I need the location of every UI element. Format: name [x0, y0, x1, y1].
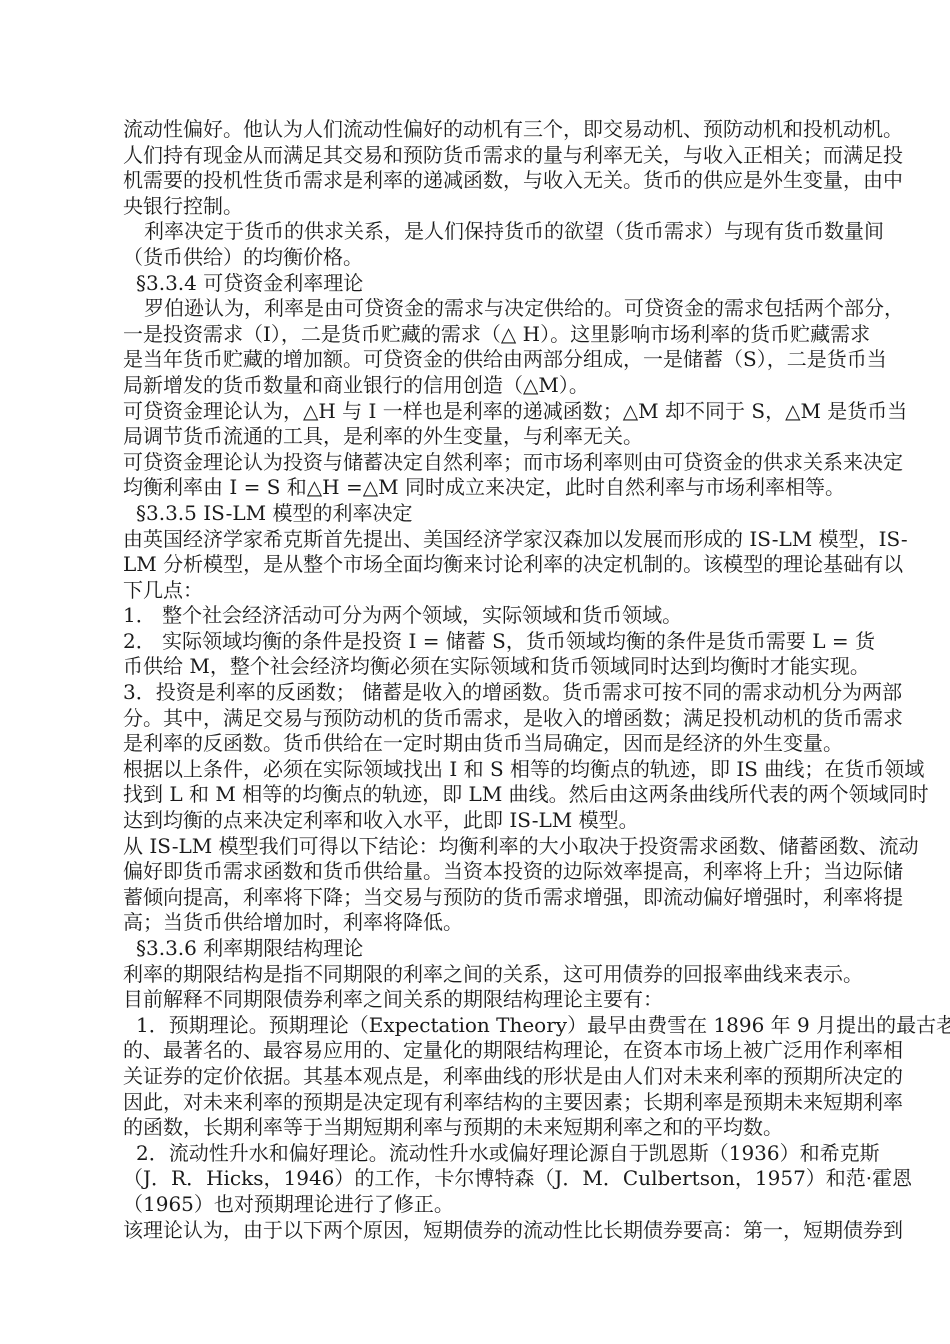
text-line: 央银行控制。	[123, 194, 847, 220]
text-line: （J．R．Hicks，1946）的工作，卡尔博特森（J．M．Culbertson…	[123, 1166, 847, 1192]
text-line: 下几点：	[123, 578, 847, 604]
text-line: 根据以上条件，必须在实际领域找出 I 和 S 相等的均衡点的轨迹，即 IS 曲线…	[123, 757, 847, 783]
text-line: 分。其中，满足交易与预防动机的货币需求，是收入的增函数；满足投机动机的货币需求	[123, 706, 847, 732]
text-line: 币供给 M，整个社会经济均衡必须在实际领域和货币领域同时达到均衡时才能实现。	[123, 654, 847, 680]
list-item-line: 2． 实际领域均衡的条件是投资 I = 储蓄 S，货币领域均衡的条件是货币需要 …	[123, 629, 847, 655]
text-line: 蓄倾向提高，利率将下降；当交易与预防的货币需求增强，即流动偏好增强时，利率将提	[123, 885, 847, 911]
text-line: 找到 L 和 M 相等的均衡点的轨迹，即 LM 曲线。然后由这两条曲线所代表的两…	[123, 782, 847, 808]
text-line: 目前解释不同期限债券利率之间关系的期限结构理论主要有：	[123, 987, 847, 1013]
text-line: 机需要的投机性货币需求是利率的递减函数，与收入无关。货币的供应是外生变量，由中	[123, 168, 847, 194]
text-line: 可贷资金理论认为投资与储蓄决定自然利率；而市场利率则由可贷资金的供求关系来决定	[123, 450, 847, 476]
text-line: 利率决定于货币的供求关系，是人们保持货币的欲望（货币需求）与现有货币数量间	[123, 219, 847, 245]
text-line: 高；当货币供给增加时，利率将降低。	[123, 910, 847, 936]
text-line: 均衡利率由 I = S 和△H =△M 同时成立来决定，此时自然利率与市场利率相…	[123, 475, 847, 501]
text-line: 的、最著名的、最容易应用的、定量化的期限结构理论，在资本市场上被广泛用作利率相	[123, 1038, 847, 1064]
text-line: 人们持有现金从而满足其交易和预防货币需求的量与利率无关，与收入正相关；而满足投	[123, 143, 847, 169]
text-line: （1965）也对预期理论进行了修正。	[123, 1192, 847, 1218]
list-item-line: 2．流动性升水和偏好理论。流动性升水或偏好理论源自于凯恩斯（1936）和希克斯	[123, 1141, 847, 1167]
text-line: 达到均衡的点来决定利率和收入水平，此即 IS-LM 模型。	[123, 808, 847, 834]
text-line: 局调节货币流通的工具，是利率的外生变量，与利率无关。	[123, 424, 847, 450]
text-line: 罗伯逊认为，利率是由可贷资金的需求与决定供给的。可贷资金的需求包括两个部分，	[123, 296, 847, 322]
list-item-line: 3．投资是利率的反函数； 储蓄是收入的增函数。货币需求可按不同的需求动机分为两部	[123, 680, 847, 706]
text-line: 一是投资需求（I），二是货币贮藏的需求（△ H）。这里影响市场利率的货币贮藏需求	[123, 322, 847, 348]
text-line: 可贷资金理论认为，△H 与 I 一样也是利率的递减函数；△M 却不同于 S，△M…	[123, 399, 847, 425]
text-line: 关证券的定价依据。其基本观点是，利率曲线的形状是由人们对未来利率的预期所决定的	[123, 1064, 847, 1090]
section-heading-3-3-5: §3.3.5 IS-LM 模型的利率决定	[123, 501, 847, 527]
document-page: 流动性偏好。他认为人们流动性偏好的动机有三个，即交易动机、预防动机和投机动机。 …	[123, 117, 847, 1243]
text-line: 偏好即货币需求函数和货币供给量。当资本投资的边际效率提高，利率将上升；当边际储	[123, 859, 847, 885]
text-line: 从 IS-LM 模型我们可得以下结论：均衡利率的大小取决于投资需求函数、储蓄函数…	[123, 834, 847, 860]
text-line: 流动性偏好。他认为人们流动性偏好的动机有三个，即交易动机、预防动机和投机动机。	[123, 117, 847, 143]
text-line: （货币供给）的均衡价格。	[123, 245, 847, 271]
text-line: 是当年货币贮藏的增加额。可贷资金的供给由两部分组成，一是储蓄（S），二是货币当	[123, 347, 847, 373]
text-line: 该理论认为，由于以下两个原因，短期债券的流动性比长期债券要高：第一，短期债券到	[123, 1218, 847, 1244]
list-item-line: 1． 整个社会经济活动可分为两个领域，实际领域和货币领域。	[123, 603, 847, 629]
text-line: 利率的期限结构是指不同期限的利率之间的关系，这可用债券的回报率曲线来表示。	[123, 962, 847, 988]
list-item-line: 1．预期理论。预期理论（Expectation Theory）最早由费雪在 18…	[123, 1013, 847, 1039]
section-heading-3-3-6: §3.3.6 利率期限结构理论	[123, 936, 847, 962]
text-line: 由英国经济学家希克斯首先提出、美国经济学家汉森加以发展而形成的 IS-LM 模型…	[123, 527, 847, 553]
text-line: 因此，对未来利率的预期是决定现有利率结构的主要因素；长期利率是预期未来短期利率	[123, 1090, 847, 1116]
text-line: 是利率的反函数。货币供给在一定时期由货币当局确定，因而是经济的外生变量。	[123, 731, 847, 757]
text-line: 的函数，长期利率等于当期短期利率与预期的未来短期利率之和的平均数。	[123, 1115, 847, 1141]
section-heading-3-3-4: §3.3.4 可贷资金利率理论	[123, 271, 847, 297]
text-line: 局新增发的货币数量和商业银行的信用创造（△M）。	[123, 373, 847, 399]
text-line: LM 分析模型，是从整个市场全面均衡来讨论利率的决定机制的。该模型的理论基础有以	[123, 552, 847, 578]
